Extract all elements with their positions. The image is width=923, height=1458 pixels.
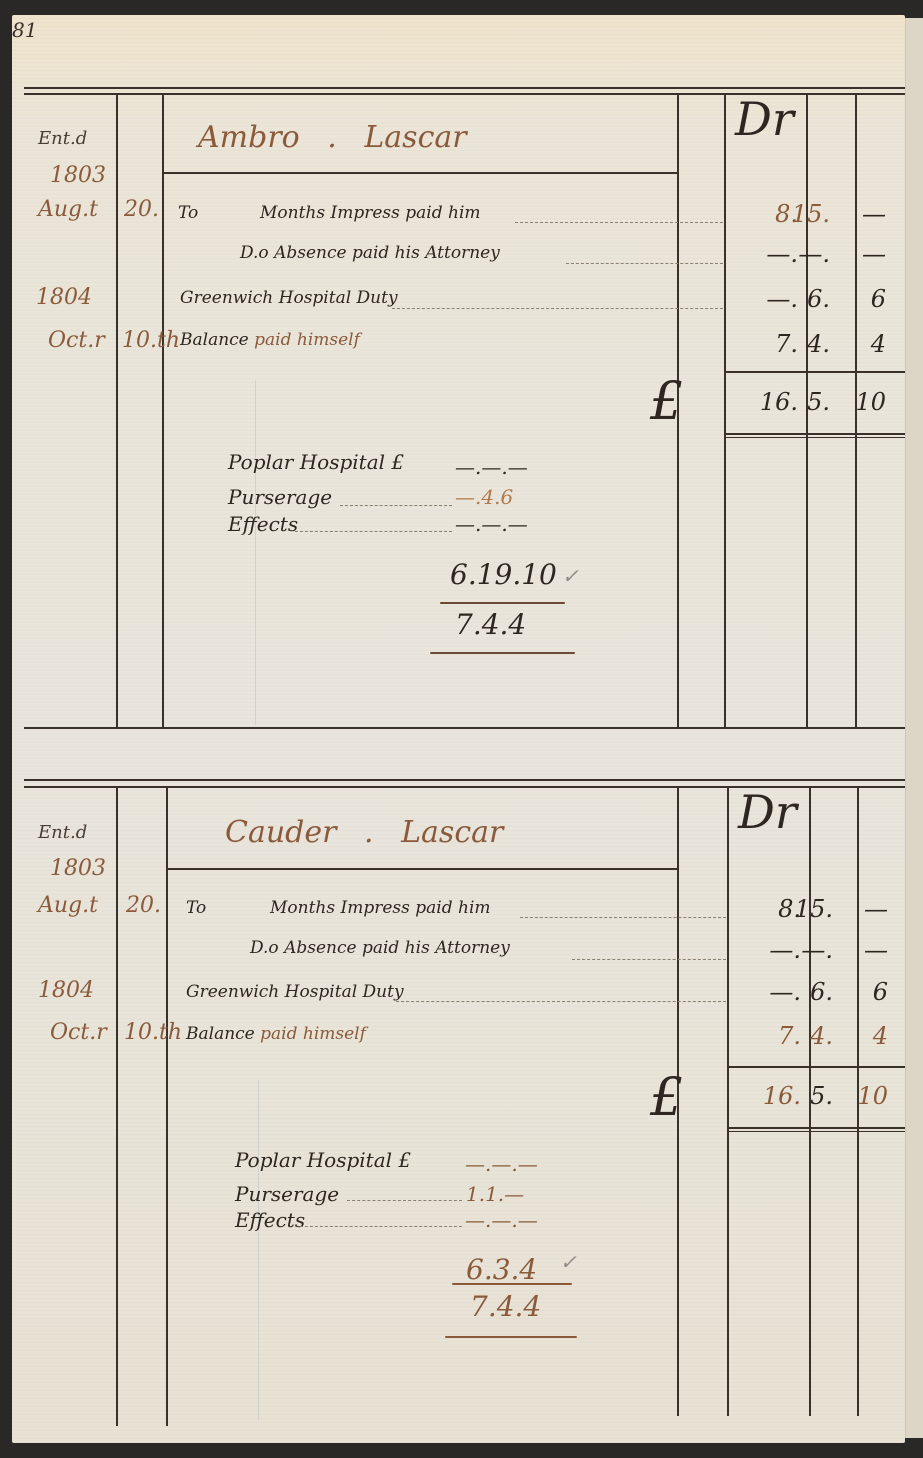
entry-shillings: 6. — [780, 285, 830, 313]
day-10th: 10.th — [122, 328, 180, 353]
entry-prefix: To — [186, 898, 206, 918]
name-separator: . — [364, 815, 374, 850]
deductions-subtotal: 6.3.4 — [466, 1253, 537, 1286]
check-mark-icon: ✓ — [562, 564, 579, 588]
entry-description: Balance paid himself — [180, 330, 360, 350]
adjacent-page-edge — [905, 18, 923, 1438]
pound-symbol: £ — [650, 372, 683, 432]
month-oct: Oct.r — [50, 1020, 107, 1045]
balance-paid: 7.4.4 — [470, 1290, 541, 1323]
entry-shillings: 15. — [783, 895, 833, 923]
entry-description: Greenwich Hospital Duty — [186, 982, 404, 1002]
entry-description: Months Impress paid him — [270, 898, 491, 918]
entry-pence: 6 — [826, 285, 886, 313]
total-top-rule — [725, 371, 905, 373]
entry-shillings: —. — [783, 936, 833, 964]
deductions-subtotal: 6.19.10 — [450, 558, 557, 591]
entry-prefix: To — [178, 203, 198, 223]
column-rule-day — [162, 93, 164, 727]
day-20: 20. — [126, 893, 161, 918]
deduction-value: —.—.— — [465, 1208, 538, 1232]
balance-note: paid himself — [260, 1024, 366, 1044]
person-name: Cauder — [225, 815, 336, 850]
deduction-value: —.—.— — [465, 1152, 538, 1176]
day-20: 20. — [124, 197, 159, 222]
deduction-label: Effects — [235, 1208, 305, 1232]
leader-dots — [392, 308, 723, 309]
check-mark-icon: ✓ — [560, 1250, 577, 1274]
entered-label: Ent.d — [38, 128, 87, 149]
ledger-page — [12, 15, 905, 1443]
total-bottom-rule-2 — [725, 437, 905, 438]
pound-symbol: £ — [650, 1068, 683, 1128]
leader-dots — [295, 531, 452, 532]
balance-paid: 7.4.4 — [455, 608, 526, 641]
leader-dots — [396, 1001, 726, 1002]
month-aug: Aug.t — [38, 893, 98, 918]
column-rule-date — [116, 93, 118, 727]
column-rule-pounds — [727, 786, 729, 1416]
account-name: Ambro . Lascar — [198, 120, 467, 155]
account-name: Cauder . Lascar — [225, 815, 503, 850]
leader-dots — [566, 263, 723, 264]
year-1803: 1803 — [50, 856, 106, 881]
bottom-rule — [24, 727, 905, 729]
deduction-label: Effects — [228, 512, 298, 536]
deduction-value: —.—.— — [455, 455, 528, 479]
month-aug: Aug.t — [38, 197, 98, 222]
deduction-label: Poplar Hospital £ — [228, 450, 404, 474]
balance-underline — [430, 652, 575, 654]
debit-label: Dr — [738, 785, 797, 839]
deduction-label: Poplar Hospital £ — [235, 1148, 411, 1172]
deduction-value: —.—.— — [455, 512, 528, 536]
total-pence: 10 — [828, 1082, 888, 1110]
deduction-value: —.4.6 — [455, 485, 513, 509]
name-header-rule — [164, 172, 678, 174]
leader-dots — [340, 505, 452, 506]
entry-shillings: 6. — [783, 978, 833, 1006]
balance-note: paid himself — [254, 330, 360, 350]
entry-pence: 6 — [828, 978, 888, 1006]
name-header-rule — [168, 868, 678, 870]
total-pence: 10 — [826, 388, 886, 416]
deduction-label: Purserage — [235, 1182, 339, 1206]
leader-dots — [572, 959, 726, 960]
person-name: Ambro — [198, 120, 300, 155]
balance-label: Balance — [186, 1024, 255, 1044]
entry-description: Months Impress paid him — [260, 203, 481, 223]
deduction-value: 1.1.— — [466, 1182, 524, 1206]
faint-guide-line — [255, 380, 256, 725]
entry-pence: 4 — [826, 330, 886, 358]
total-bottom-rule-2 — [729, 1131, 905, 1132]
subtotal-underline — [440, 602, 565, 604]
entry-pence: 4 — [828, 1022, 888, 1050]
total-bottom-rule — [729, 1127, 905, 1129]
entry-pence: — — [826, 200, 886, 228]
year-1804: 1804 — [38, 978, 94, 1003]
entry-shillings: 4. — [783, 1022, 833, 1050]
total-bottom-rule — [725, 433, 905, 435]
faint-guide-line — [258, 1080, 259, 1420]
entry-description: Balance paid himself — [186, 1024, 366, 1044]
entry-shillings: 4. — [780, 330, 830, 358]
total-shillings: 5. — [783, 1082, 833, 1110]
day-10th: 10.th — [124, 1020, 182, 1045]
column-rule-pounds — [724, 93, 726, 727]
year-1803: 1803 — [50, 163, 106, 188]
top-double-rule — [24, 87, 905, 89]
designation: Lascar — [401, 815, 503, 850]
leader-dots — [347, 1200, 462, 1201]
leader-dots — [520, 917, 726, 918]
entered-label: Ent.d — [38, 822, 87, 843]
entry-description: D.o Absence paid his Attorney — [250, 938, 510, 958]
entry-pence: — — [828, 895, 888, 923]
subtotal-underline — [452, 1283, 572, 1285]
month-oct: Oct.r — [48, 328, 105, 353]
entry-shillings: —. — [780, 240, 830, 268]
entry-description: Greenwich Hospital Duty — [180, 288, 398, 308]
total-top-rule — [729, 1066, 905, 1068]
total-shillings: 5. — [780, 388, 830, 416]
leader-dots — [300, 1226, 462, 1227]
column-rule-day — [166, 786, 168, 1426]
deduction-label: Purserage — [228, 485, 332, 509]
top-double-rule — [24, 779, 905, 781]
entry-pence: — — [828, 936, 888, 964]
debit-label: Dr — [735, 92, 794, 146]
year-1804: 1804 — [36, 285, 92, 310]
name-separator: . — [327, 120, 337, 155]
leader-dots — [515, 222, 723, 223]
entry-pence: — — [826, 240, 886, 268]
entry-description: D.o Absence paid his Attorney — [240, 243, 500, 263]
designation: Lascar — [364, 120, 466, 155]
balance-label: Balance — [180, 330, 249, 350]
column-rule-date — [116, 786, 118, 1426]
entry-shillings: 15. — [780, 200, 830, 228]
folio-number: 81 — [12, 18, 37, 42]
balance-underline — [445, 1336, 577, 1338]
